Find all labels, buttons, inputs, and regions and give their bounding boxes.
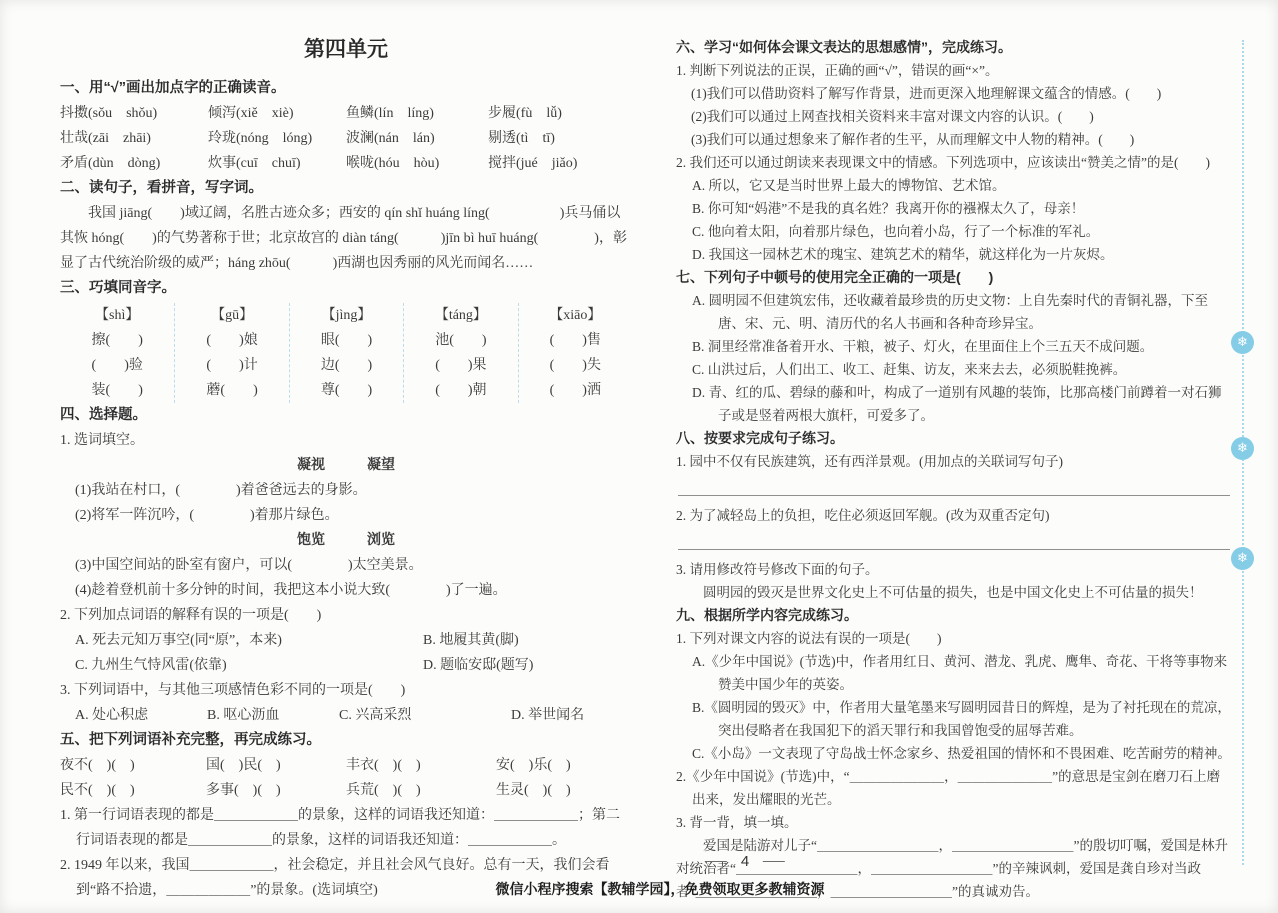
- judge-item: (2)我们可以通过上网查找相关资料来丰富对课文内容的认识。( ): [676, 105, 1232, 128]
- idiom-row: 民不( )( ) 多事( )( ) 兵荒( )( ) 生灵( )( ): [60, 778, 632, 803]
- option-item: A.《少年中国说》(节选)中，作者用红日、黄河、潜龙、乳虎、鹰隼、奇花、干将等事…: [676, 650, 1232, 696]
- footer-note: 微信小程序搜索【教辅学园】，免费领取更多教辅资源: [496, 879, 825, 899]
- section-7-punctuation: 七、下列句子中顿号的使用完全正确的一项是( ) A. 圆明园不但建筑宏伟，还收藏…: [676, 266, 1232, 427]
- question-label: 3. 背一背，填一填。: [676, 811, 1232, 834]
- word-pair: 饱览 浏览: [60, 528, 632, 553]
- section-3-homophones: 三、巧填同音字。 【shì】 擦( ) ( )验 装( ) 【gū】 ( )娘 …: [60, 276, 632, 403]
- page-number-dash: [705, 861, 727, 862]
- option-item: B. 地履其黄(脚): [423, 628, 632, 653]
- pinyin-item: 玲珑(nóng lóng): [208, 126, 346, 151]
- table-column: 【táng】 池( ) ( )果 ( )朝: [403, 303, 517, 403]
- table-cell: ( )娘: [179, 328, 284, 353]
- section-8-sentence-practice: 八、按要求完成句子练习。 1. 园中不仅有民族建筑，还有西洋景观。(用加点的关联…: [676, 427, 1232, 604]
- question-label: 3. 下列词语中，与其他三项感情色彩不同的一项是( ): [60, 678, 632, 703]
- question-text: 1. 第一行词语表现的都是＿＿＿＿＿＿的景象，这样的词语我还知道：＿＿＿＿＿＿；…: [60, 803, 632, 853]
- question-label: 1. 下列对课文内容的说法有误的一项是( ): [676, 627, 1232, 650]
- option-item: C. 兴高采烈: [339, 703, 511, 728]
- table-cell: 擦( ): [64, 328, 170, 353]
- column-header: 【gū】: [179, 303, 284, 328]
- section-5-idioms: 五、把下列词语补充完整，再完成练习。 夜不( )( ) 国( )民( ) 丰衣(…: [60, 728, 632, 903]
- section-4-multiple-choice: 四、选择题。 1. 选词填空。 凝视 凝望 (1)我站在村口，( )着爸爸远去的…: [60, 403, 632, 728]
- question-label: 2. 我们还可以通过朗读来表现课文中的情感。下列选项中，应该读出“赞美之情”的是…: [676, 151, 1232, 174]
- pinyin-item: 倾泻(xiě xiè): [208, 101, 346, 126]
- pinyin-item: 搅拌(jué jiǎo): [488, 151, 632, 176]
- fill-item: (2)将军一阵沉吟，( )着那片绿色。: [60, 503, 632, 528]
- section-5-heading: 五、把下列词语补充完整，再完成练习。: [60, 728, 632, 753]
- table-cell: ( )计: [179, 353, 284, 378]
- question-text: 圆明园的毁灭是世界文化史上不可估量的损失，也是中国文化史上不可估量的损失！: [676, 581, 1232, 604]
- option-item: A. 所以，它又是当时世界上最大的博物馆、艺术馆。: [676, 174, 1232, 197]
- judge-item: (1)我们可以借助资料了解写作背景，进而更深入地理解课文蕴含的情感。( ): [676, 82, 1232, 105]
- pinyin-row: 抖擞(sǒu shǒu) 倾泻(xiě xiè) 鱼鳞(lín líng) 步履…: [60, 101, 632, 126]
- pinyin-item: 步履(fù lǚ): [488, 101, 632, 126]
- page-number-dash: [763, 861, 785, 862]
- option-item: B.《圆明园的毁灭》中，作者用大量笔墨来写圆明园昔日的辉煌，是为了衬托现在的荒凉…: [676, 696, 1232, 742]
- snowflake-badge-icon: ❄: [1231, 547, 1254, 570]
- option-row: A. 死去元知万事空(同“原”，本来) B. 地履其黄(脚) C. 九州生气恃风…: [60, 628, 632, 678]
- column-header: 【shì】: [64, 303, 170, 328]
- table-cell: ( )售: [523, 328, 628, 353]
- page-number-value: 4: [741, 853, 749, 870]
- table-column: 【xiāo】 ( )售 ( )失 ( )洒: [518, 303, 632, 403]
- option-item: D. 青、红的瓜、碧绿的藤和叶，构成了一道别有风趣的装饰，比那高楼门前蹲着一对石…: [676, 381, 1232, 427]
- pinyin-item: 喉咙(hóu hòu): [346, 151, 488, 176]
- option-item: B. 洞里经常准备着开水、干粮，被子、灯火，在里面住上个三五天不成问题。: [676, 335, 1232, 358]
- pinyin-item: 壮哉(zāi zhāi): [60, 126, 208, 151]
- pinyin-row: 矛盾(dùn dòng) 炊事(cuī chuī) 喉咙(hóu hòu) 搅拌…: [60, 151, 632, 176]
- pinyin-item: 炊事(cuī chuī): [208, 151, 346, 176]
- snowflake-badge-icon: ❄: [1231, 331, 1254, 354]
- section-4-heading: 四、选择题。: [60, 403, 632, 428]
- option-item: C. 九州生气恃风雷(依靠): [75, 653, 423, 678]
- idiom-item: 兵荒( )( ): [346, 778, 496, 803]
- section-2-write-words: 二、读句子，看拼音，写字词。 我国 jiāng( )域辽阔，名胜古迹众多；西安的…: [60, 176, 632, 276]
- option-item: B. 你可知“妈港”不是我的真名姓？我离开你的襁褓太久了，母亲！: [676, 197, 1232, 220]
- section-8-heading: 八、按要求完成句子练习。: [676, 427, 1232, 450]
- table-cell: 池( ): [408, 328, 513, 353]
- option-row: A. 处心积虑 B. 呕心沥血 C. 兴高采烈 D. 举世闻名: [60, 703, 632, 728]
- question-label: 2. 下列加点词语的解释有误的一项是( ): [60, 603, 632, 628]
- table-cell: 装( ): [64, 378, 170, 403]
- section-2-text: 我国 jiāng( )域辽阔，名胜古迹众多；西安的 qín shǐ huáng …: [60, 201, 632, 276]
- question-text: 2.《少年中国说》(节选)中，“＿＿＿＿＿＿＿，＿＿＿＿＿＿＿”的意思是宝剑在磨…: [676, 765, 1232, 811]
- table-cell: 尊( ): [294, 378, 399, 403]
- option-item: A. 处心积虑: [75, 703, 207, 728]
- pinyin-item: 矛盾(dùn dòng): [60, 151, 208, 176]
- section-1-heading: 一、用“√”画出加点字的正确读音。: [60, 76, 632, 101]
- question-label: 1. 选词填空。: [60, 428, 632, 453]
- homophone-table: 【shì】 擦( ) ( )验 装( ) 【gū】 ( )娘 ( )计 蘑( )…: [60, 303, 632, 403]
- pinyin-item: 波澜(nán lán): [346, 126, 488, 151]
- page-number: 4: [705, 853, 785, 870]
- pinyin-item: 鱼鳞(lín líng): [346, 101, 488, 126]
- option-item: B. 呕心沥血: [207, 703, 339, 728]
- question-label: 1. 判断下列说法的正误，正确的画“√”，错误的画“×”。: [676, 59, 1232, 82]
- table-cell: ( )失: [523, 353, 628, 378]
- table-cell: ( )朝: [408, 378, 513, 403]
- answer-line: [678, 473, 1230, 496]
- right-column: 六、学习“如何体会课文表达的思想感情”，完成练习。 1. 判断下列说法的正误，正…: [676, 36, 1232, 903]
- table-column: 【gū】 ( )娘 ( )计 蘑( ): [174, 303, 288, 403]
- table-cell: 边( ): [294, 353, 399, 378]
- table-cell: 眼( ): [294, 328, 399, 353]
- question-label: 3. 请用修改符号修改下面的句子。: [676, 558, 1232, 581]
- section-7-heading: 七、下列句子中顿号的使用完全正确的一项是( ): [676, 266, 1232, 289]
- option-item: C.《小岛》一文表现了守岛战士怀念家乡、热爱祖国的情怀和不畏困难、吃苦耐劳的精神…: [676, 742, 1232, 765]
- pinyin-item: 剔透(tì tī): [488, 126, 632, 151]
- idiom-item: 国( )民( ): [206, 753, 346, 778]
- fill-item: (1)我站在村口，( )着爸爸远去的身影。: [60, 478, 632, 503]
- question-label: 1. 园中不仅有民族建筑，还有西洋景观。(用加点的关联词写句子): [676, 450, 1232, 473]
- pinyin-item: 抖擞(sǒu shǒu): [60, 101, 208, 126]
- section-9-heading: 九、根据所学内容完成练习。: [676, 604, 1232, 627]
- table-cell: ( )验: [64, 353, 170, 378]
- section-2-heading: 二、读句子，看拼音，写字词。: [60, 176, 632, 201]
- question-label: 2. 为了减轻岛上的负担，吃住必须返回军舰。(改为双重否定句): [676, 504, 1232, 527]
- idiom-item: 生灵( )( ): [496, 778, 632, 803]
- section-3-heading: 三、巧填同音字。: [60, 276, 632, 301]
- option-item: D. 举世闻名: [511, 703, 632, 728]
- option-item: C. 山洪过后，人们出工、收工、赶集、访友，来来去去，必须脱鞋挽裤。: [676, 358, 1232, 381]
- option-item: A. 圆明园不但建筑宏伟，还收藏着最珍贵的历史文物：上自先秦时代的青铜礼器，下至…: [676, 289, 1232, 335]
- table-cell: ( )果: [408, 353, 513, 378]
- section-1-pronunciation: 一、用“√”画出加点字的正确读音。 抖擞(sǒu shǒu) 倾泻(xiě xi…: [60, 76, 632, 176]
- judge-item: (3)我们可以通过想象来了解作者的生平，从而理解文中人物的精神。( ): [676, 128, 1232, 151]
- word-pair: 凝视 凝望: [60, 453, 632, 478]
- fill-item: (3)中国空间站的卧室有窗户，可以( )太空美景。: [60, 553, 632, 578]
- idiom-item: 丰衣( )( ): [346, 753, 496, 778]
- snowflake-badge-icon: ❄: [1231, 437, 1254, 460]
- table-column: 【jìng】 眼( ) 边( ) 尊( ): [289, 303, 403, 403]
- section-6-feelings: 六、学习“如何体会课文表达的思想感情”，完成练习。 1. 判断下列说法的正误，正…: [676, 36, 1232, 266]
- column-header: 【xiāo】: [523, 303, 628, 328]
- section-6-heading: 六、学习“如何体会课文表达的思想感情”，完成练习。: [676, 36, 1232, 59]
- table-cell: 蘑( ): [179, 378, 284, 403]
- option-item: A. 死去元知万事空(同“原”，本来): [75, 628, 423, 653]
- left-column: 第四单元 一、用“√”画出加点字的正确读音。 抖擞(sǒu shǒu) 倾泻(x…: [60, 36, 632, 903]
- column-header: 【táng】: [408, 303, 513, 328]
- option-item: D. 我国这一园林艺术的瑰宝、建筑艺术的精华，就这样化为一片灰烬。: [676, 243, 1232, 266]
- idiom-row: 夜不( )( ) 国( )民( ) 丰衣( )( ) 安( )乐( ): [60, 753, 632, 778]
- fill-item: (4)趁着登机前十多分钟的时间，我把这本小说大致( )了一遍。: [60, 578, 632, 603]
- table-column: 【shì】 擦( ) ( )验 装( ): [60, 303, 174, 403]
- table-cell: ( )洒: [523, 378, 628, 403]
- option-item: D. 题临安邸(题写): [423, 653, 632, 678]
- idiom-item: 民不( )( ): [60, 778, 206, 803]
- pinyin-row: 壮哉(zāi zhāi) 玲珑(nóng lóng) 波澜(nán lán) 剔…: [60, 126, 632, 151]
- option-item: C. 他向着太阳，向着那片绿色，也向着小岛，行了一个标准的军礼。: [676, 220, 1232, 243]
- column-header: 【jìng】: [294, 303, 399, 328]
- idiom-item: 夜不( )( ): [60, 753, 206, 778]
- worksheet-page: 第四单元 一、用“√”画出加点字的正确读音。 抖擞(sǒu shǒu) 倾泻(x…: [0, 0, 1278, 903]
- page-title: 第四单元: [60, 36, 632, 64]
- idiom-item: 多事( )( ): [206, 778, 346, 803]
- answer-line: [678, 527, 1230, 550]
- idiom-item: 安( )乐( ): [496, 753, 632, 778]
